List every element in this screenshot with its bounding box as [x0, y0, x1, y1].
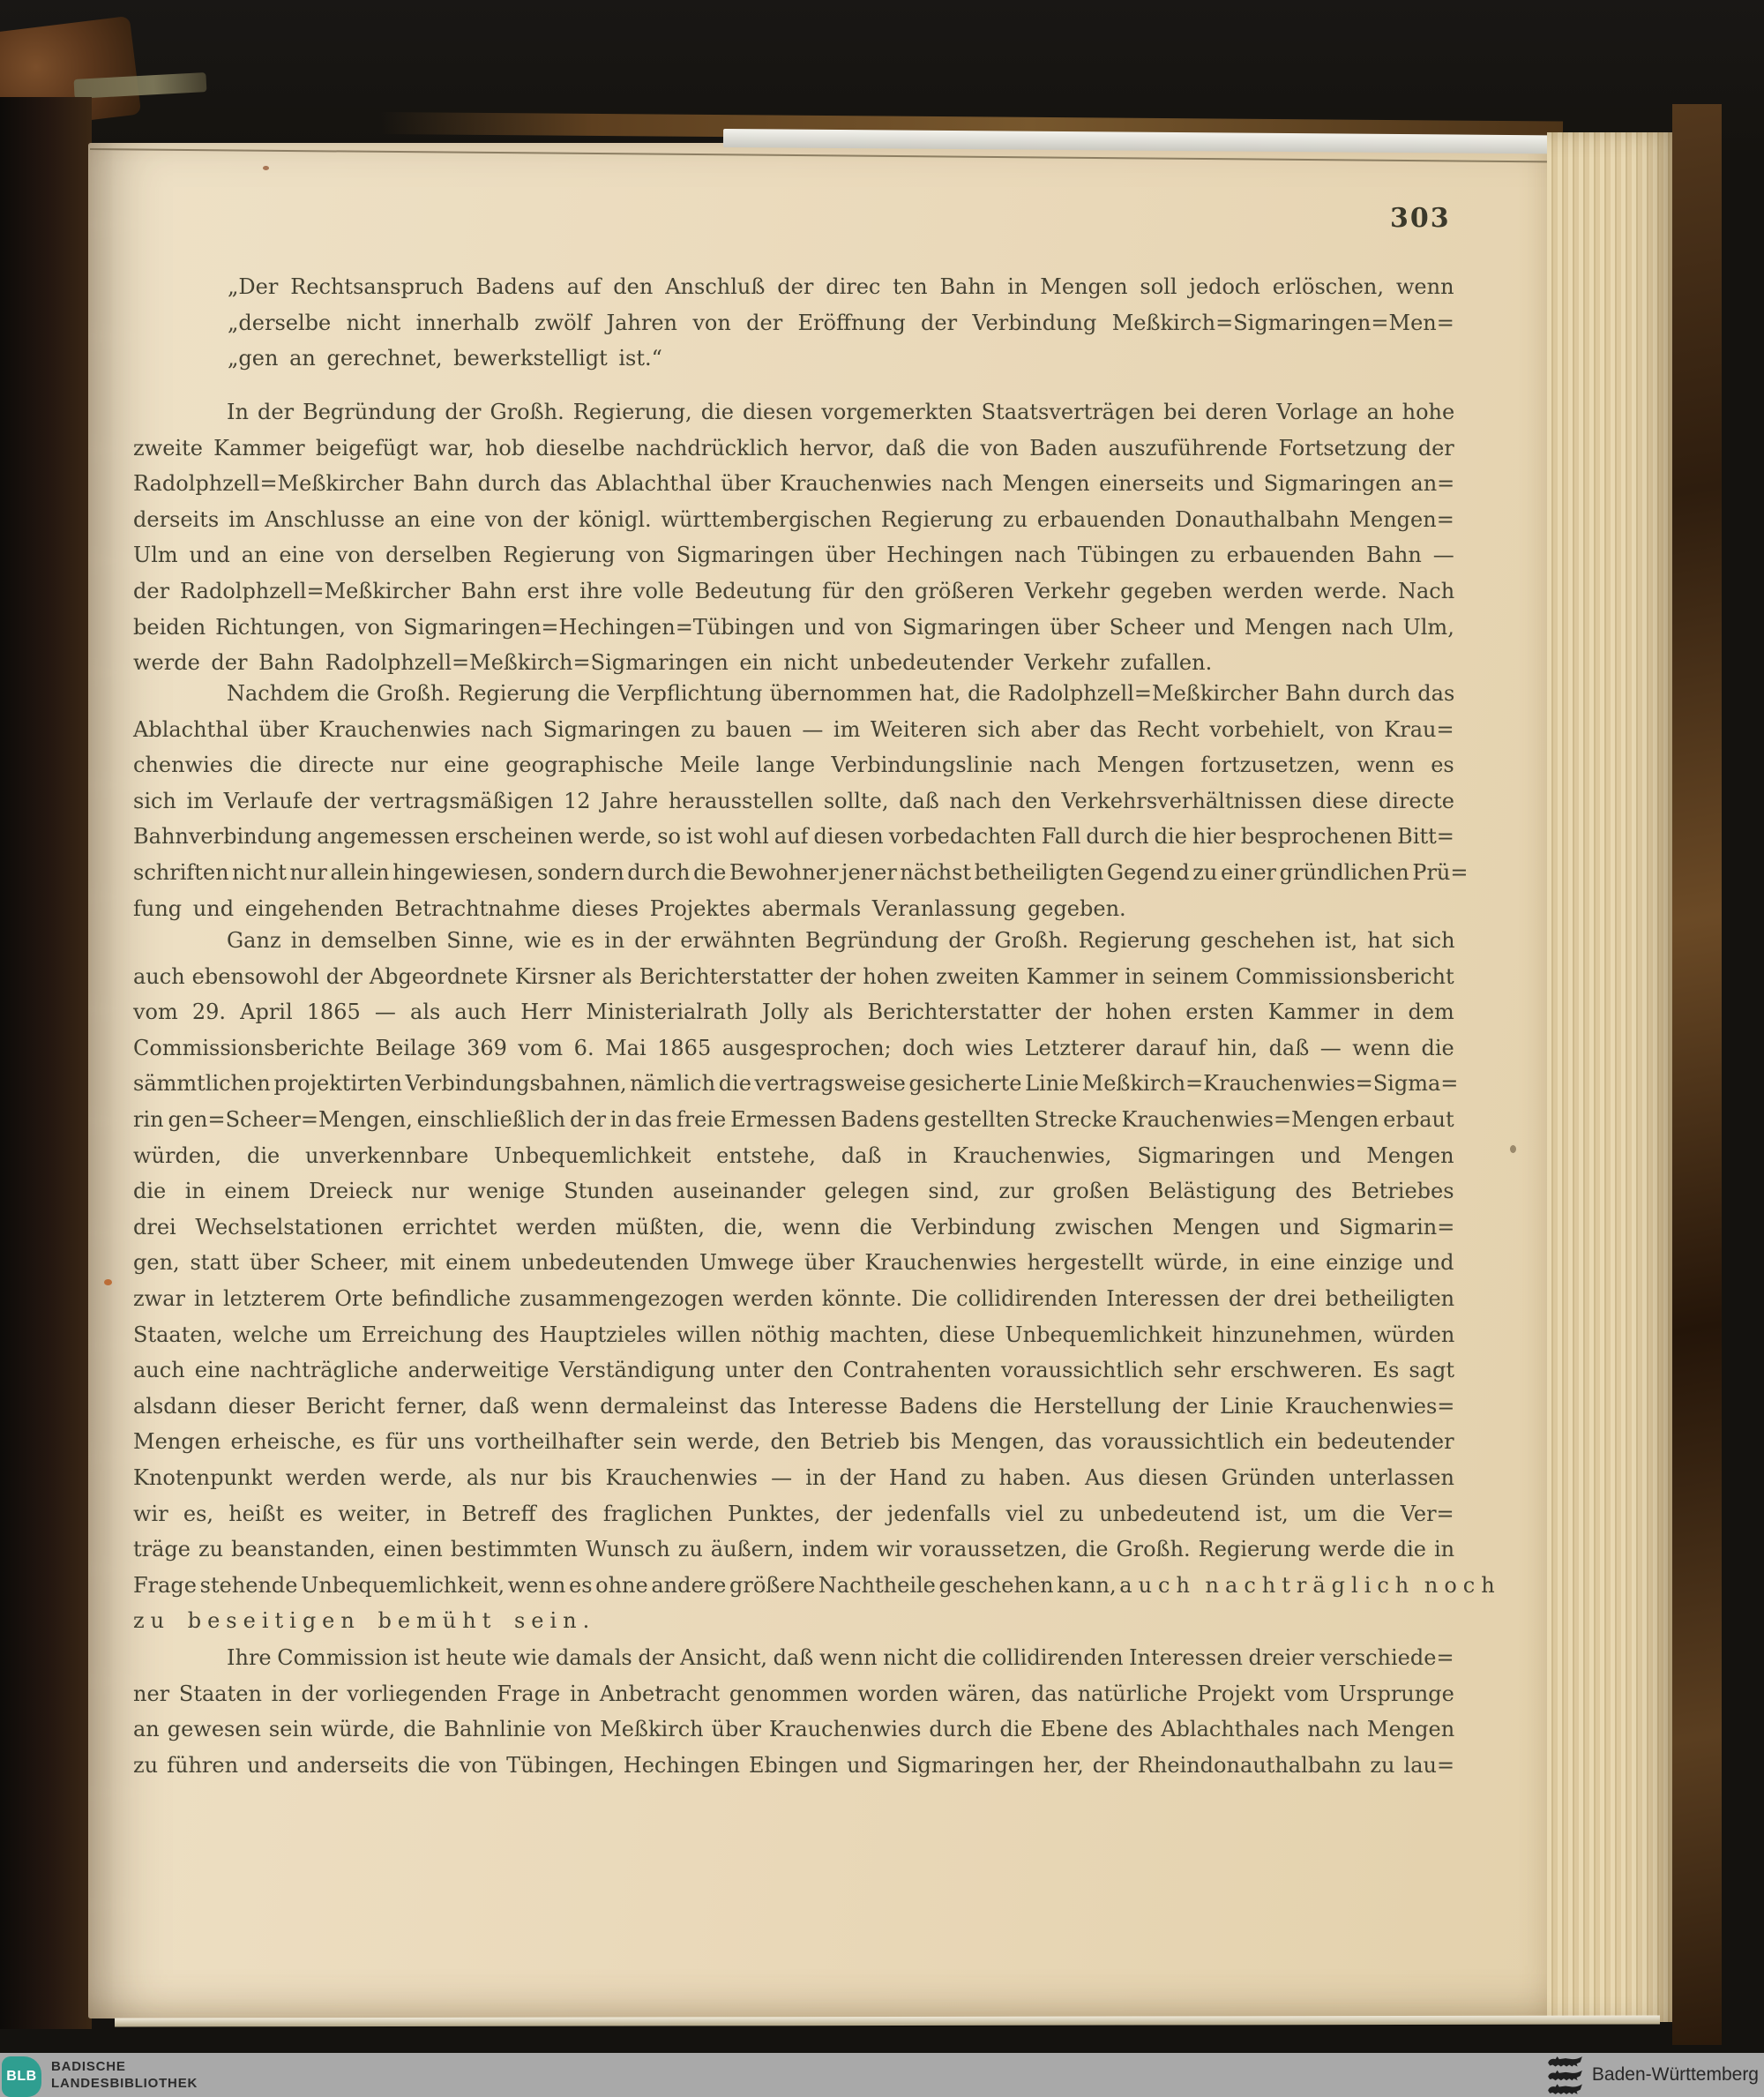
library-name: BADISCHE LANDESBIBLIOTHEK: [51, 2058, 198, 2092]
dust-speck: [263, 166, 269, 170]
state-block: Baden-Württemberg: [1546, 2053, 1759, 2097]
text-line: drei Wechselstationen errichtet werden m…: [133, 1210, 1454, 1246]
library-name-line1: BADISCHE: [51, 2058, 198, 2075]
text-line: beiden Richtungen, von Sigmaringen=Hechi…: [133, 610, 1454, 646]
text-line: zwar in letzterem Orte befindliche zusam…: [133, 1281, 1454, 1317]
text-line: Ganz in demselben Sinne, wie es in der e…: [133, 923, 1454, 959]
text-line: Frage stehende Unbequemlichkeit, wenn es…: [133, 1568, 1454, 1604]
state-label: Baden-Württemberg: [1592, 2064, 1759, 2086]
text-line: gen, statt über Scheer, mit einem unbede…: [133, 1245, 1454, 1281]
digitization-banner: BLB BADISCHE LANDESBIBLIOTHEK: [0, 2053, 1764, 2097]
text-line: „derselbe nicht innerhalb zwölf Jahren v…: [228, 305, 1454, 341]
text-line: zweite Kammer beigefügt war, hob dieselb…: [133, 431, 1454, 467]
blb-logo-text: BLB: [6, 2069, 36, 2085]
quoted-provision: „Der Rechtsanspruch Badens auf den Ansch…: [228, 269, 1454, 377]
baden-wuerttemberg-coat-of-arms-icon: [1546, 2056, 1583, 2096]
book-scan: 303 „Der Rechtsanspruch Badens auf den A…: [0, 0, 1764, 2097]
text-line: Staaten, welche um Erreichung des Hauptz…: [133, 1317, 1454, 1353]
letterspaced-text: auch nachträglich noch: [1119, 1573, 1500, 1598]
text-line: „gen an gerechnet, bewerkstelligt ist.“: [228, 341, 1454, 377]
text-line: ner Staaten in der vorliegenden Frage in…: [133, 1676, 1454, 1712]
library-name-line2: LANDESBIBLIOTHEK: [51, 2075, 198, 2092]
dust-speck: [658, 1689, 662, 1693]
text-line: vom 29. April 1865 — als auch Herr Minis…: [133, 994, 1454, 1030]
paragraph-commission-ansicht: Ihre Commission ist heute wie damals der…: [133, 1640, 1454, 1783]
letterspaced-text: zu beseitigen bemüht sein.: [133, 1608, 595, 1633]
text-line: In der Begründung der Großh. Regierung, …: [133, 394, 1454, 431]
text-line: wir es, heißt es weiter, in Betreff des …: [133, 1496, 1454, 1532]
text-line: Ulm und an eine von derselben Regierung …: [133, 537, 1454, 573]
text-line: Radolphzell=Meßkircher Bahn durch das Ab…: [133, 466, 1454, 502]
dust-speck: [104, 1279, 112, 1285]
text-line: Knotenpunkt werden werde, als nur bis Kr…: [133, 1460, 1454, 1496]
text-line: auch ebensowohl der Abgeordnete Kirsner …: [133, 959, 1454, 995]
text-line: schriften nicht nur allein hingewiesen, …: [133, 855, 1454, 891]
text-line: derseits im Anschlusse an eine von der k…: [133, 502, 1454, 538]
page-text: „Der Rechtsanspruch Badens auf den Ansch…: [133, 0, 1454, 2097]
text-line: auch eine nachträgliche anderweitige Ver…: [133, 1352, 1454, 1389]
text-line: fung und eingehenden Betrachtnahme diese…: [133, 891, 1454, 927]
paragraph-nachdem: Nachdem die Großh. Regierung die Verpfli…: [133, 676, 1454, 926]
text-line: Ihre Commission ist heute wie damals der…: [133, 1640, 1454, 1676]
text-line: sämmtlichen projektirten Verbindungsbahn…: [133, 1066, 1454, 1102]
text-line: zu beseitigen bemüht sein.: [133, 1603, 1454, 1639]
text-line: der Radolphzell=Meßkircher Bahn erst ihr…: [133, 573, 1454, 610]
book-cover-marbled-edge: [1672, 104, 1722, 2045]
text-line: sich im Verlaufe der vertragsmäßigen 12 …: [133, 783, 1454, 820]
dust-speck: [1510, 1145, 1516, 1153]
book-spine-shadow: [0, 97, 92, 2029]
text-line: träge zu beanstanden, einen bestimmten W…: [133, 1532, 1454, 1568]
text-line: rin gen=Scheer=Mengen, einschließlich de…: [133, 1102, 1454, 1138]
text-line: alsdann dieser Bericht ferner, daß wenn …: [133, 1389, 1454, 1425]
text-line: Mengen erheische, es für uns vortheilhaf…: [133, 1424, 1454, 1460]
text-line: chenwies die directe nur eine geographis…: [133, 747, 1454, 783]
text-line: Bahnverbindung angemessen erscheinen wer…: [133, 819, 1454, 855]
text-line: würden, die unverkennbare Unbequemlichke…: [133, 1138, 1454, 1174]
paragraph-begruendung: In der Begründung der Großh. Regierung, …: [133, 394, 1454, 681]
text-line: Nachdem die Großh. Regierung die Verpfli…: [133, 676, 1454, 712]
text-line: „Der Rechtsanspruch Badens auf den Ansch…: [228, 269, 1454, 305]
text-line: Commissionsberichte Beilage 369 vom 6. M…: [133, 1030, 1454, 1067]
text-line: die in einem Dreieck nur wenige Stunden …: [133, 1173, 1454, 1210]
text-line: an gewesen sein würde, die Bahnlinie von…: [133, 1711, 1454, 1748]
paragraph-commissionsbericht: Ganz in demselben Sinne, wie es in der e…: [133, 923, 1454, 1639]
blb-logo: BLB: [2, 2056, 41, 2097]
page-stack-fore-edge: [1547, 132, 1681, 2022]
text-line: zu führen und anderseits die von Tübinge…: [133, 1748, 1454, 1784]
text-line: Ablachthal über Krauchenwies nach Sigmar…: [133, 712, 1454, 748]
